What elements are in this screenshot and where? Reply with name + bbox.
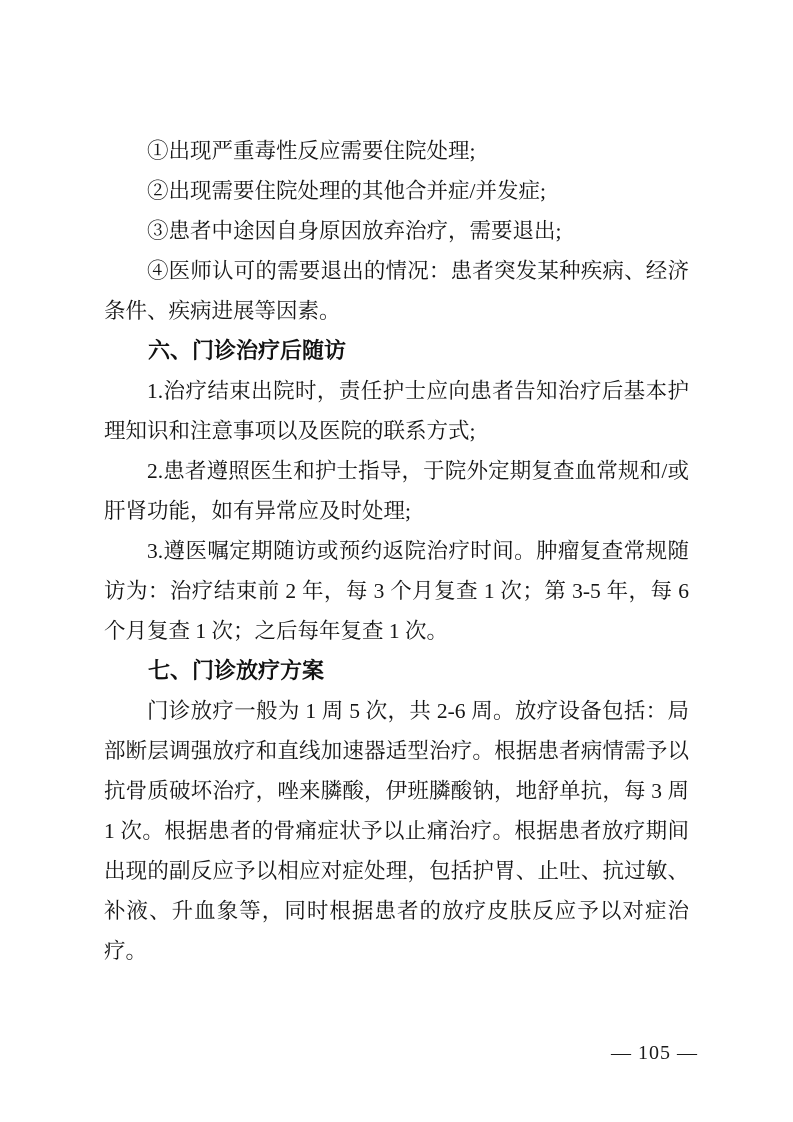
body-paragraph: 2.患者遵照医生和护士指导，于院外定期复查血常规和/或肝肾功能，如有异常应及时处…: [104, 451, 689, 531]
body-paragraph: 3.遵医嘱定期随访或预约返院治疗时间。肿瘤复查常规随访为：治疗结束前 2 年，每…: [104, 531, 689, 651]
page-number: — 105 —: [611, 1040, 698, 1066]
body-paragraph: ③患者中途因自身原因放弃治疗，需要退出;: [104, 211, 689, 251]
document-page: ①出现严重毒性反应需要住院处理;②出现需要住院处理的其他合并症/并发症;③患者中…: [0, 0, 793, 1122]
section-heading: 六、门诊治疗后随访: [104, 331, 689, 371]
body-paragraph: ①出现严重毒性反应需要住院处理;: [104, 131, 689, 171]
section-heading: 七、门诊放疗方案: [104, 651, 689, 691]
body-paragraph: ④医师认可的需要退出的情况：患者突发某种疾病、经济条件、疾病进展等因素。: [104, 251, 689, 331]
body-paragraph: ②出现需要住院处理的其他合并症/并发症;: [104, 171, 689, 211]
document-body: ①出现严重毒性反应需要住院处理;②出现需要住院处理的其他合并症/并发症;③患者中…: [104, 131, 689, 971]
body-paragraph: 1.治疗结束出院时，责任护士应向患者告知治疗后基本护理知识和注意事项以及医院的联…: [104, 371, 689, 451]
body-paragraph: 门诊放疗一般为 1 周 5 次，共 2-6 周。放疗设备包括：局部断层调强放疗和…: [104, 691, 689, 971]
